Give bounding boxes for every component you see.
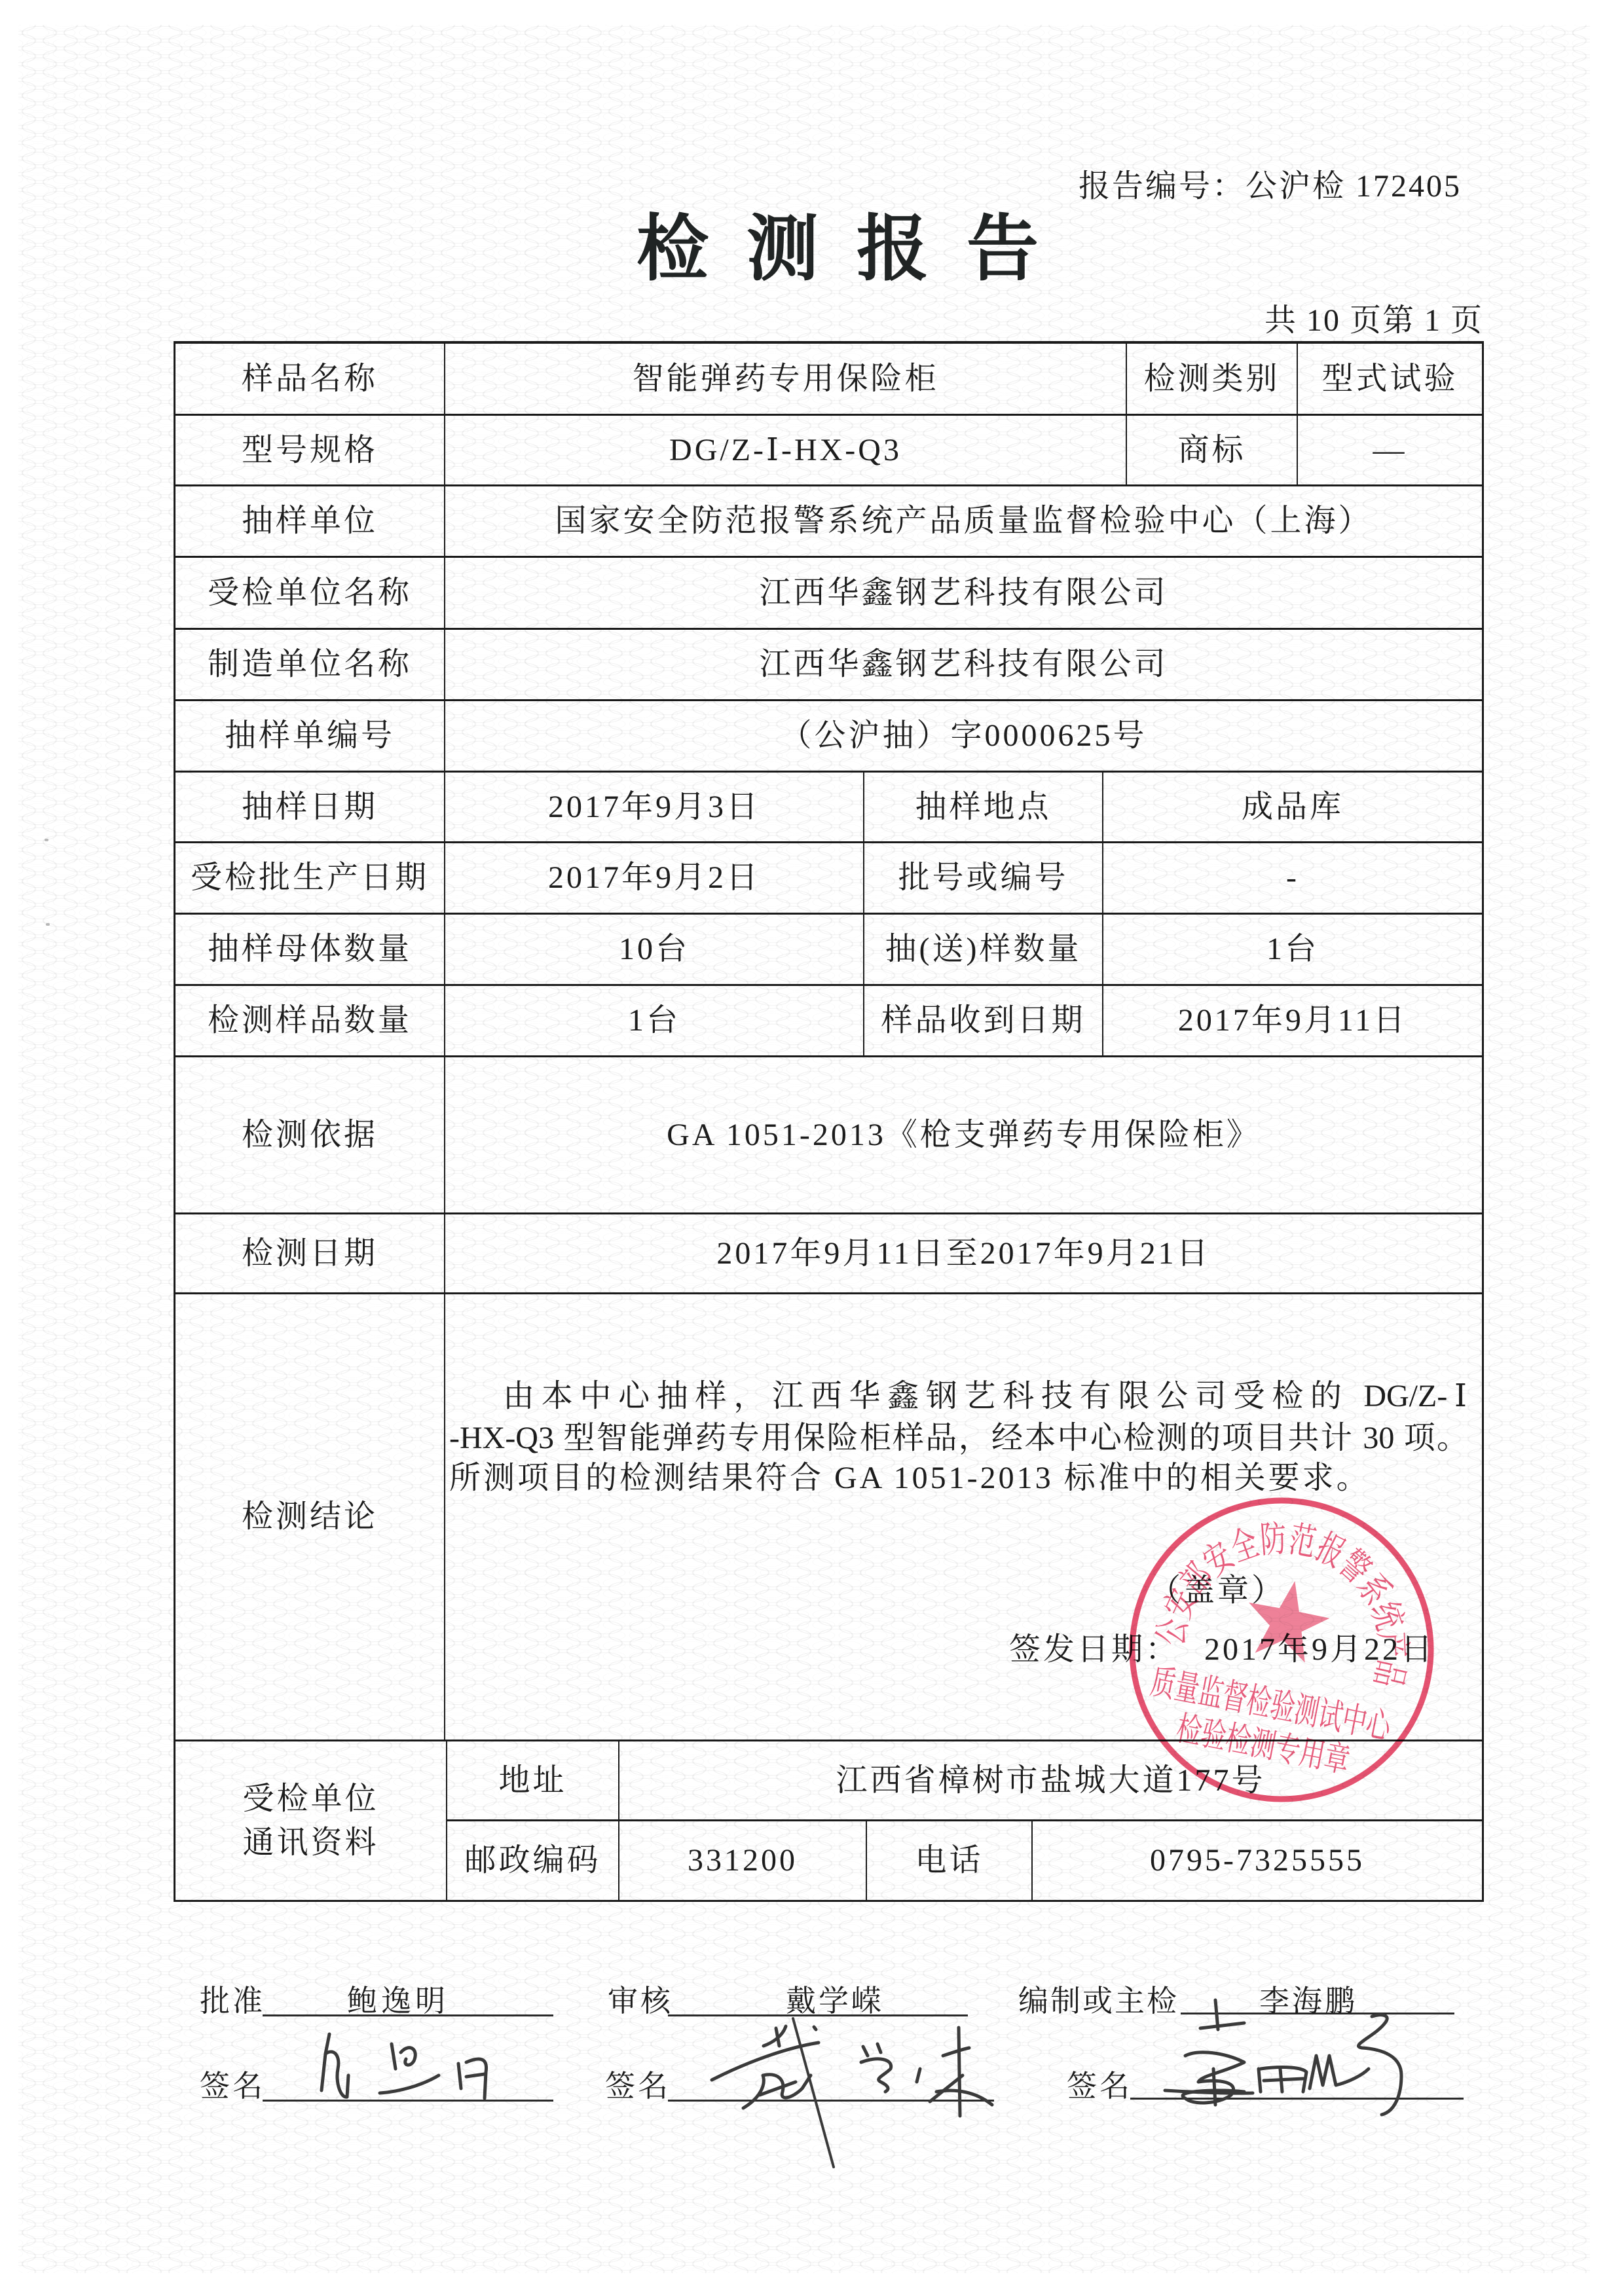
label-sample-name: 样品名称 [175,344,445,416]
label-contact-line2: 通讯资料 [242,1821,378,1865]
reviewer-name: 戴学嵘 [786,1986,884,2016]
scan-artifact [46,923,50,926]
conclusion-line: -HX-Q3 型智能弹药专用保险柜样品，经本中心检测的项目共计 30 项。 [449,1421,1468,1455]
scan-artifact [45,839,48,841]
label-model: 型号规格 [175,416,445,486]
label-sample-quantity: 抽(送)样数量 [864,915,1103,986]
conclusion-line: 所测项目的检测结果符合 GA 1051-2013 标准中的相关要求。 [449,1461,1371,1495]
value-sample-name: 智能弹药专用保险柜 [445,344,1127,416]
label-sampling-date: 抽样日期 [175,773,445,843]
label-production-date: 受检批生产日期 [175,843,445,915]
label-sampling-unit: 抽样单位 [175,486,445,558]
value-manufacturer: 江西华鑫钢艺科技有限公司 [445,630,1484,701]
value-inspected-unit: 江西华鑫钢艺科技有限公司 [445,558,1484,630]
inspector-sign-label: 签名 [1067,2071,1132,2102]
value-phone: 0795-7325555 [1033,1821,1484,1902]
report-table: 样品名称 智能弹药专用保险柜 检测类别 型式试验 型号规格 DG/Z-Ⅰ-HX-… [174,341,1484,1902]
value-sample-quantity: 1台 [1103,915,1484,986]
approver-sign-label: 签名 [200,2071,265,2102]
label-phone: 电话 [867,1821,1033,1902]
inspector-name: 李海鹏 [1259,1986,1357,2016]
label-contact-info: 受检单位 通讯资料 [175,1741,447,1902]
value-production-date: 2017年9月2日 [445,843,864,915]
label-population-quantity: 抽样母体数量 [175,915,445,986]
label-trademark: 商标 [1127,416,1298,486]
issue-date-label: 签发日期： [1009,1633,1179,1667]
value-tested-quantity: 1台 [445,986,864,1057]
value-test-category: 型式试验 [1298,344,1484,416]
value-sampling-unit: 国家安全防范报警系统产品质量监督检验中心（上海） [445,486,1484,558]
issue-date: 2017年9月22日 [1204,1633,1435,1667]
conclusion-cell: 由本中心抽样，江西华鑫钢艺科技有限公司受检的 DG/Z-Ⅰ -HX-Q3 型智能… [445,1294,1484,1741]
value-postcode: 331200 [619,1821,867,1902]
label-test-basis: 检测依据 [175,1057,445,1214]
approver-role: 批准 [200,1986,265,2016]
label-address: 地址 [447,1741,619,1821]
value-sampling-location: 成品库 [1103,773,1484,843]
value-test-basis: GA 1051-2013《枪支弹药专用保险柜》 [445,1057,1484,1214]
page-title: 检测报告 [637,213,1077,285]
label-postcode: 邮政编码 [447,1821,619,1902]
label-sampling-location: 抽样地点 [864,773,1103,843]
page-counter: 共 10 页第 1 页 [1264,305,1483,337]
value-address: 江西省樟树市盐城大道177号 [619,1741,1484,1821]
value-received-date: 2017年9月11日 [1103,986,1484,1057]
seal-note: （盖章） [1149,1574,1285,1608]
label-test-date: 检测日期 [175,1214,445,1294]
approver-name: 鲍逸明 [347,1986,449,2016]
inspector-signature-line [1130,2098,1464,2100]
label-manufacturer: 制造单位名称 [175,630,445,701]
approver-signature-line [263,2100,553,2102]
label-inspected-unit: 受检单位名称 [175,558,445,630]
value-batch-number: - [1103,843,1484,915]
test-report-page: 报告编号：公沪检 172405 检测报告 共 10 页第 1 页 样品名称 智能… [0,0,1624,2296]
reviewer-role: 审核 [608,1986,673,2016]
value-sampling-form-number: （公沪抽）字0000625号 [445,701,1484,773]
label-test-category: 检测类别 [1127,344,1298,416]
value-sampling-date: 2017年9月3日 [445,773,864,843]
report-number: 报告编号：公沪检 172405 [1079,171,1462,202]
value-population-quantity: 10台 [445,915,864,986]
reviewer-sign-label: 签名 [605,2071,671,2102]
inspector-role: 编制或主检 [1018,1986,1179,2016]
label-tested-quantity: 检测样品数量 [175,986,445,1057]
conclusion-line: 由本中心抽样，江西华鑫钢艺科技有限公司受检的 DG/Z-Ⅰ [503,1379,1467,1413]
label-received-date: 样品收到日期 [864,986,1103,1057]
value-test-date: 2017年9月11日至2017年9月21日 [445,1214,1484,1294]
reviewer-signature-line [668,2100,994,2102]
value-model: DG/Z-Ⅰ-HX-Q3 [445,416,1127,486]
label-batch-number: 批号或编号 [864,843,1103,915]
label-sampling-form-number: 抽样单编号 [175,701,445,773]
value-trademark: — [1298,416,1484,486]
label-contact-line1: 受检单位 [242,1777,378,1821]
label-conclusion: 检测结论 [175,1294,445,1741]
